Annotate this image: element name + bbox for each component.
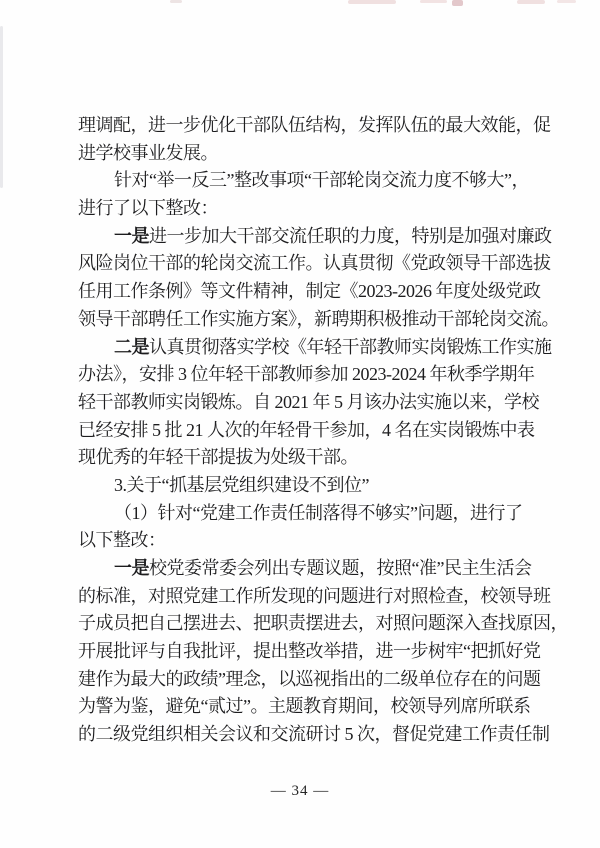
line-text: 轻干部教师实岗锻炼。自 2021 年 5 月该办法实施以来，学校 [78,392,539,412]
text-line: 为警为鉴，避免“贰过”。主题教育期间，校领导列席所联系 [78,693,536,721]
bold-lead: 一是 [114,226,149,246]
bold-lead: 一是 [114,558,149,578]
top-edge-mark [557,0,576,3]
line-text: 针对“举一反三”整改事项“干部轮岗交流力度不够大”， [114,170,529,190]
text-line: 轻干部教师实岗锻炼。自 2021 年 5 月该办法实施以来，学校 [78,389,536,417]
document-body: 理调配，进一步优化干部队伍结构，发挥队伍的最大效能，促进学校事业发展。针对“举一… [78,112,536,749]
line-text: 建作为最大的政绩”理念，以巡视指出的二级单位存在的问题 [78,669,541,689]
line-text: 为警为鉴，避免“贰过”。主题教育期间，校领导列席所联系 [78,696,530,716]
top-edge-mark [420,0,447,3]
top-edge-mark [517,0,545,4]
text-line: 二是认真贯彻落实学校《年轻干部教师实岗锻炼工作实施 [78,334,536,362]
text-line: 建作为最大的政绩”理念，以巡视指出的二级单位存在的问题 [78,666,536,694]
text-line: 的二级党组织相关会议和交流研讨 5 次，督促党建工作责任制 [78,721,536,749]
top-edge-mark [170,0,182,3]
line-text: 理调配，进一步优化干部队伍结构，发挥队伍的最大效能，促 [78,115,551,135]
text-line: 已经安排 5 批 21 人次的年轻骨干参加，4 名在实岗锻炼中表 [78,417,536,445]
text-line: 风险岗位干部的轮岗交流工作。认真贯彻《党政领导干部选拔 [78,250,536,278]
line-text: 认真贯彻落实学校《年轻干部教师实岗锻炼工作实施 [149,337,552,357]
text-line: 领导干部聘任工作实施方案》，新聘期积极推动干部轮岗交流。 [78,306,536,334]
text-line: 的标准，对照党建工作所发现的问题进行对照检查，校领导班 [78,583,536,611]
line-text: 以下整改： [78,530,166,550]
line-text: 子成员把自己摆进去、把职责摆进去，对照问题深入查找原因， [78,613,568,633]
text-line: 进学校事业发展。 [78,140,536,168]
left-edge-shadow [0,26,3,188]
text-line: 3.关于“抓基层党组织建设不到位” [78,472,536,500]
line-text: 的标准，对照党建工作所发现的问题进行对照检查，校领导班 [78,586,551,606]
line-text: 3.关于“抓基层党组织建设不到位” [114,475,369,495]
text-line: 现优秀的年轻干部提拔为处级干部。 [78,444,536,472]
text-line: 针对“举一反三”整改事项“干部轮岗交流力度不够大”， [78,167,536,195]
line-text: 的二级党组织相关会议和交流研讨 5 次，督促党建工作责任制 [78,724,550,744]
line-text: 领导干部聘任工作实施方案》，新聘期积极推动干部轮岗交流。 [78,309,559,329]
text-line: 任用工作条例》等文件精神，制定《2023-2026 年度处级党政 [78,278,536,306]
text-line: 理调配，进一步优化干部队伍结构，发挥队伍的最大效能，促 [78,112,536,140]
line-text: 任用工作条例》等文件精神，制定《2023-2026 年度处级党政 [78,281,541,301]
text-line: 一是校党委常委会列出专题议题，按照“准”民主生活会 [78,555,536,583]
text-line: 一是进一步加大干部交流任职的力度，特别是加强对廉政 [78,223,536,251]
top-edge-mark [348,0,396,4]
line-text: 办法》，安排 3 位年轻干部教师参加 2023-2024 年秋季学期年 [78,364,535,384]
line-text: 开展批评与自我批评，提出整改举措，进一步树牢“把抓好党 [78,641,541,661]
top-edge-mark [452,0,463,6]
text-line: （1）针对“党建工作责任制落得不够实”问题，进行了 [78,500,536,528]
line-text: 进学校事业发展。 [78,143,218,163]
line-text: 校党委常委会列出专题议题，按照“准”民主生活会 [149,558,531,578]
bold-lead: 二是 [114,337,149,357]
text-line: 进行了以下整改： [78,195,536,223]
line-text: 进行了以下整改： [78,198,218,218]
line-text: 风险岗位干部的轮岗交流工作。认真贯彻《党政领导干部选拔 [78,253,551,273]
text-line: 开展批评与自我批评，提出整改举措，进一步树牢“把抓好党 [78,638,536,666]
document-page: 理调配，进一步优化干部队伍结构，发挥队伍的最大效能，促进学校事业发展。针对“举一… [0,0,600,848]
text-line: 子成员把自己摆进去、把职责摆进去，对照问题深入查找原因， [78,610,536,638]
line-text: 进一步加大干部交流任职的力度，特别是加强对廉政 [149,226,552,246]
text-line: 以下整改： [78,527,536,555]
line-text: （1）针对“党建工作责任制落得不够实”问题，进行了 [114,503,522,523]
line-text: 现优秀的年轻干部提拔为处级干部。 [78,447,358,467]
line-text: 已经安排 5 批 21 人次的年轻骨干参加，4 名在实岗锻炼中表 [78,420,535,440]
text-line: 办法》，安排 3 位年轻干部教师参加 2023-2024 年秋季学期年 [78,361,536,389]
page-number: — 34 — [0,783,600,800]
